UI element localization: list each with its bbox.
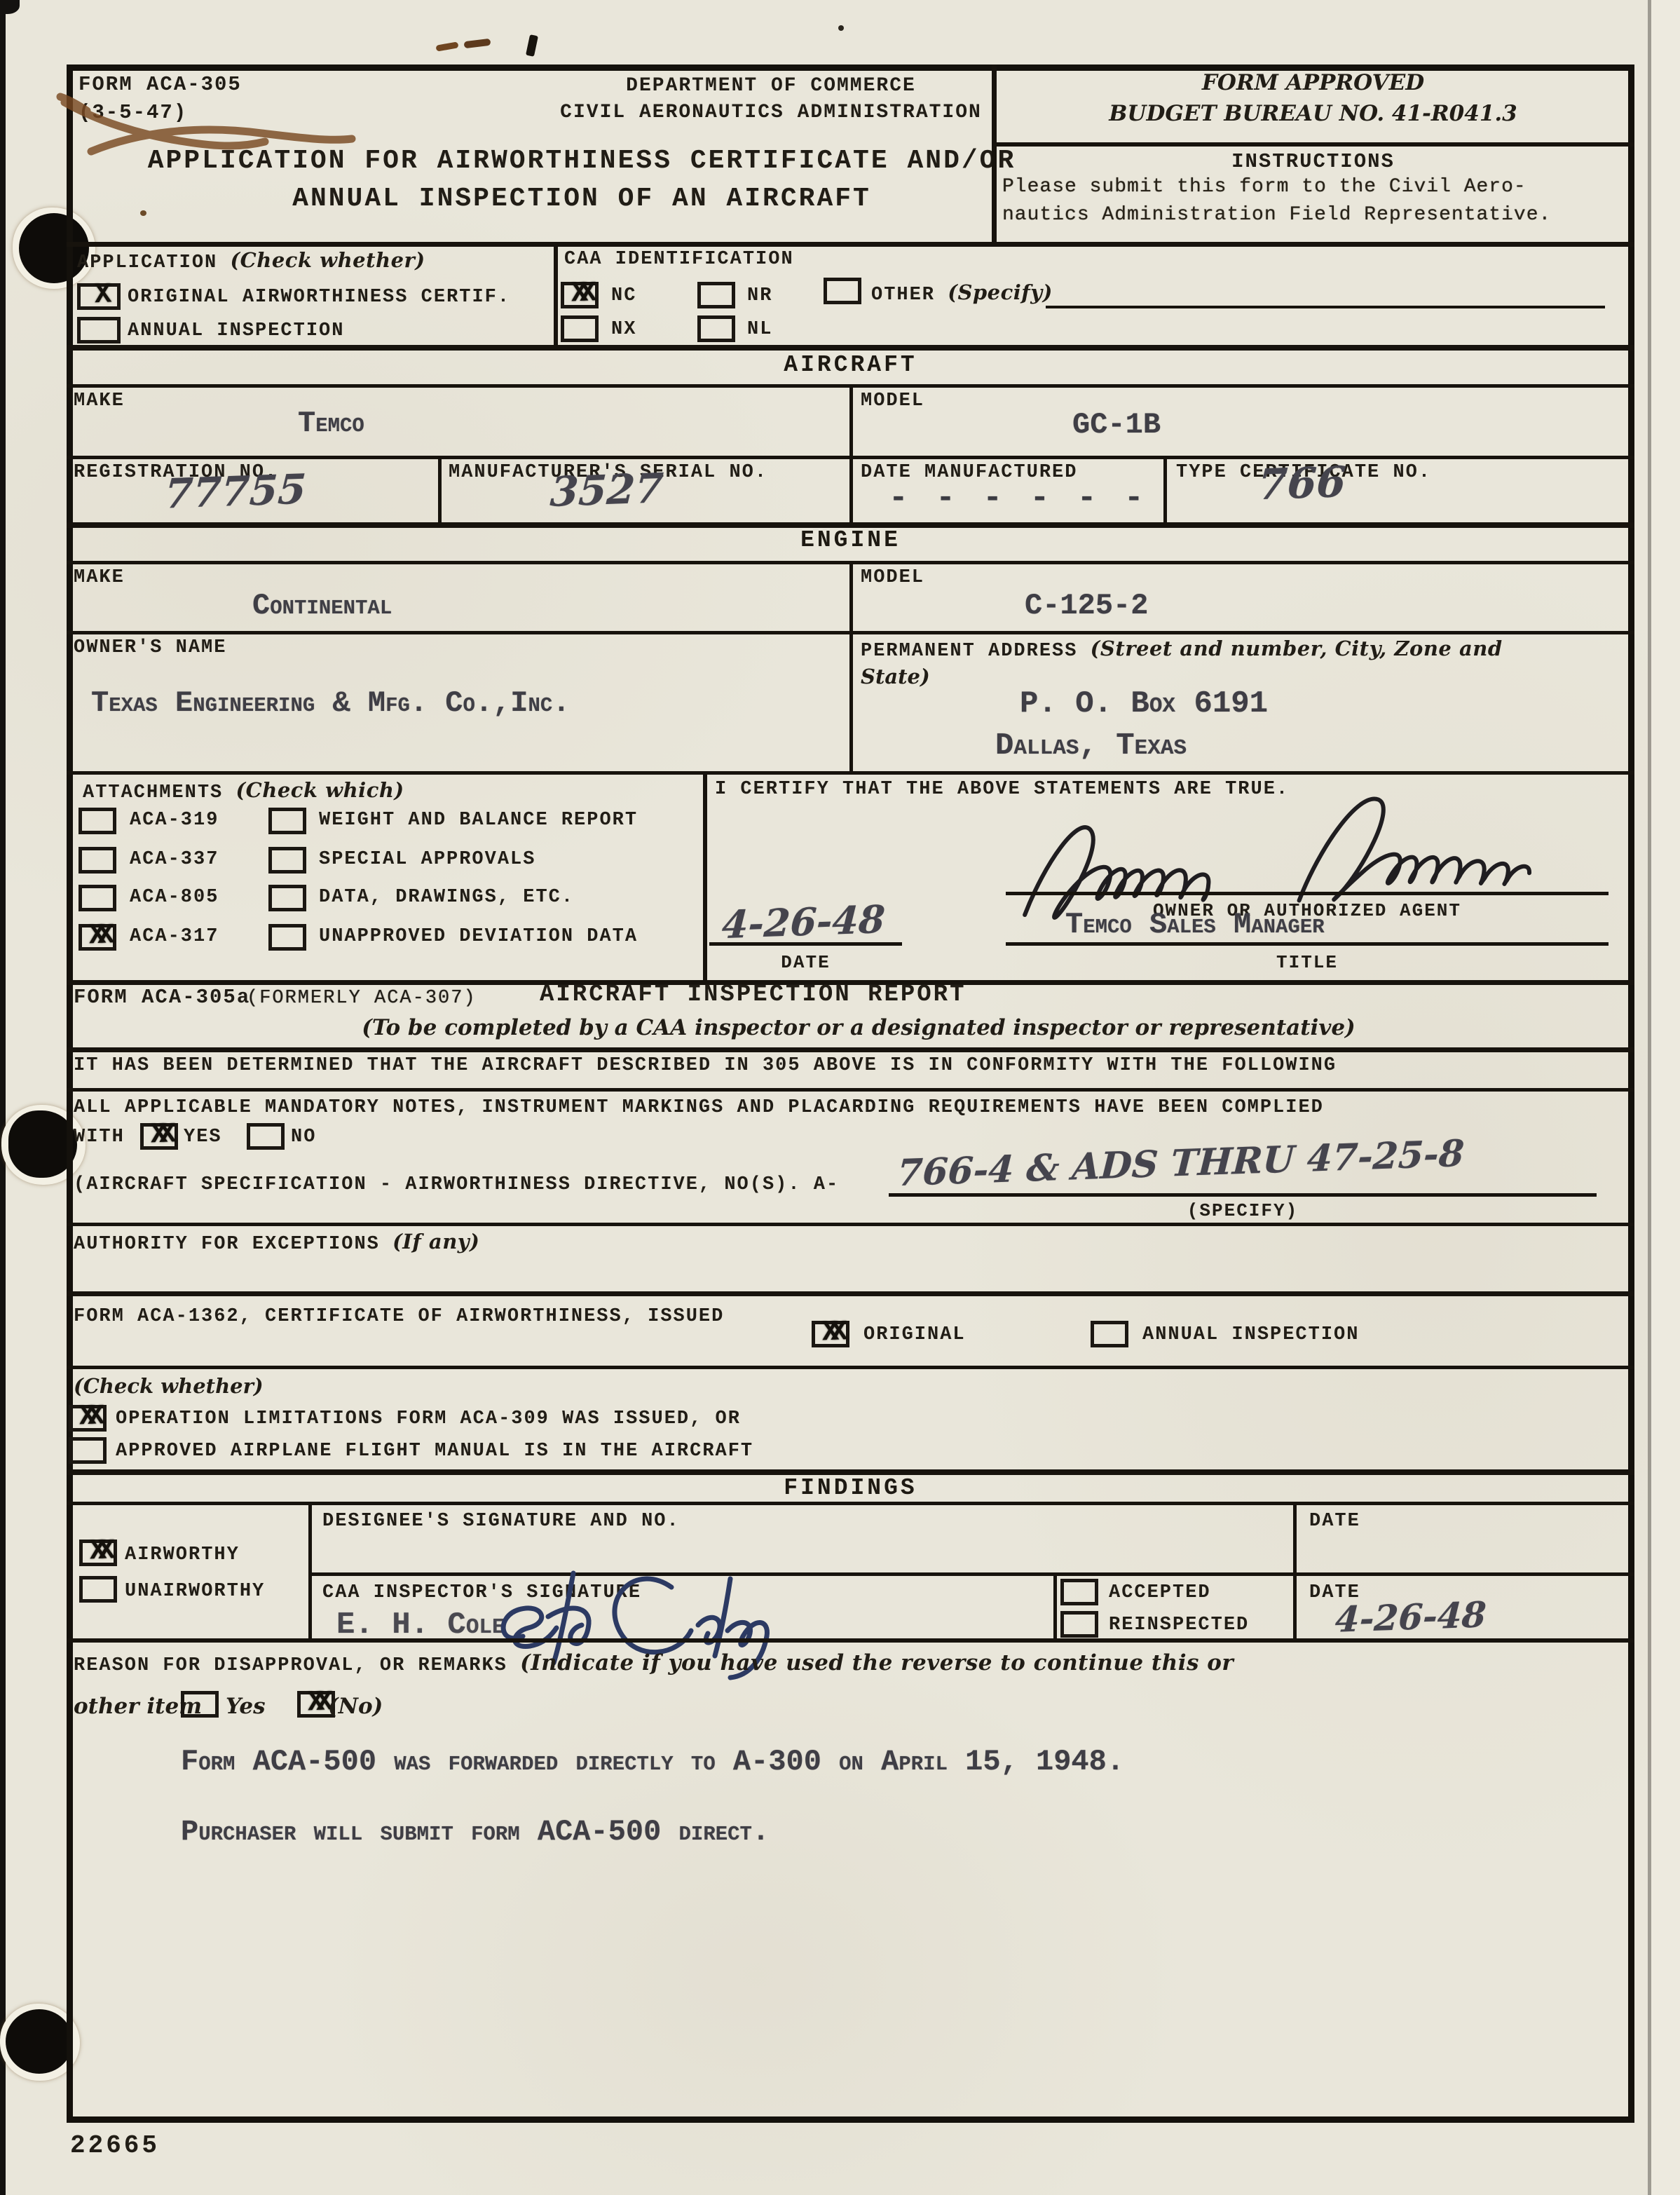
designee-signature-label: DESIGNEE'S SIGNATURE AND NO.	[322, 1511, 680, 1531]
engine-model-value[interactable]: C-125-2	[1025, 591, 1148, 620]
certification-date-value[interactable]: 4-26-48	[721, 900, 886, 944]
form-approved-line1: FORM APPROVED	[992, 70, 1634, 95]
divider	[67, 1088, 1634, 1092]
option-aca-805: ACA-805	[130, 888, 219, 907]
divider	[67, 1047, 1634, 1052]
checkbox-issued-original[interactable]: XX	[812, 1321, 849, 1347]
caa-identification-label: CAA IDENTIFICATION	[564, 250, 794, 269]
corner-blot	[0, 0, 20, 14]
checkbox-unapproved-deviation[interactable]	[268, 924, 306, 951]
divider	[1163, 456, 1167, 522]
scan-left-edge	[0, 0, 6, 2195]
checkbox-aca-317[interactable]: XX	[78, 924, 116, 951]
authority-italic: (If any)	[392, 1230, 479, 1253]
divider	[67, 345, 1634, 351]
aircraft-make-value[interactable]: Temco	[298, 409, 364, 438]
instructions-line1: Please submit this form to the Civil Aer…	[1002, 177, 1527, 197]
engine-model-label: MODEL	[861, 568, 924, 587]
date-manufactured-value[interactable]: - - - - - -	[889, 482, 1148, 515]
section-title-engine: ENGINE	[67, 527, 1634, 553]
engine-make-value[interactable]: Continental	[252, 591, 392, 620]
application-label-text: APPLICATION	[77, 252, 217, 273]
airworthy-label: AIRWORTHY	[125, 1545, 240, 1565]
permanent-address-text: PERMANENT ADDRESS	[861, 641, 1077, 662]
section-title-findings: FINDINGS	[67, 1475, 1634, 1501]
instructions-line2: nautics Administration Field Representat…	[1002, 205, 1551, 225]
unairworthy-label: UNAIRWORTHY	[125, 1582, 265, 1601]
specify-caption: (SPECIFY)	[889, 1202, 1597, 1221]
checkbox-nc[interactable]: XX	[561, 282, 599, 308]
authority-text: AUTHORITY FOR EXCEPTIONS	[74, 1234, 380, 1255]
scan-right-strip	[1651, 0, 1680, 2195]
checkbox-original-airworthiness[interactable]: X	[77, 283, 121, 310]
operation-limitations-label: OPERATION LIMITATIONS FORM ACA-309 WAS I…	[116, 1409, 741, 1429]
check-mark: XX	[814, 1317, 847, 1350]
checkbox-compliance-yes[interactable]: XX	[140, 1123, 178, 1150]
approved-box-divider	[992, 142, 1634, 147]
scanned-form-page: FORM ACA-305 (3-5-47) DEPARTMENT OF COMM…	[0, 0, 1680, 2195]
authority-exceptions-label: AUTHORITY FOR EXCEPTIONS (If any)	[74, 1231, 479, 1254]
checkbox-other[interactable]	[824, 278, 861, 304]
compliance-yes-label: YES	[184, 1127, 222, 1147]
checkbox-airworthy[interactable]: XX	[79, 1540, 117, 1566]
owner-signature-line[interactable]	[1006, 892, 1609, 895]
inspection-formerly: (FORMERLY ACA-307)	[247, 988, 477, 1008]
flight-manual-label: APPROVED AIRPLANE FLIGHT MANUAL IS IN TH…	[116, 1441, 753, 1461]
issued-original-label: ORIGINAL	[863, 1325, 966, 1345]
attachments-label: ATTACHMENTS (Check which)	[83, 780, 404, 803]
section-title-aircraft: AIRCRAFT	[67, 352, 1634, 378]
divider	[67, 1502, 1634, 1505]
divider	[67, 1223, 1634, 1226]
issued-annual-label: ANNUAL INSPECTION	[1142, 1325, 1359, 1345]
compliance-with-label: WITH	[74, 1127, 125, 1147]
option-weight-balance: WEIGHT AND BALANCE REPORT	[319, 810, 638, 830]
divider	[67, 1469, 1634, 1475]
punch-hole	[6, 2009, 73, 2074]
permanent-address-label: PERMANENT ADDRESS (Street and number, Ci…	[861, 638, 1503, 661]
inspection-title: AIRCRAFT INSPECTION REPORT	[540, 983, 967, 1008]
option-aca-337: ACA-337	[130, 850, 219, 869]
accepted-label: ACCEPTED	[1109, 1583, 1211, 1603]
permanent-address-italic2: State)	[861, 665, 930, 688]
aircraft-make-label: MAKE	[74, 391, 125, 411]
application-label: APPLICATION (Check whether)	[77, 250, 425, 273]
certification-title-line[interactable]	[1006, 942, 1609, 946]
inspection-form-number: FORM ACA-305a	[74, 987, 250, 1008]
spec-directive-label: (AIRCRAFT SPECIFICATION - AIRWORTHINESS …	[74, 1175, 839, 1195]
remarks-italic1: (Indicate if you have used the reverse t…	[520, 1650, 1234, 1676]
other-specify-underline[interactable]	[1046, 306, 1605, 308]
certification-date-caption: DATE	[709, 953, 902, 972]
designee-date-label: DATE	[1309, 1511, 1360, 1531]
certificate-issued-label: FORM ACA-1362, CERTIFICATE OF AIRWORTHIN…	[74, 1307, 724, 1326]
certification-title-caption: TITLE	[1006, 953, 1609, 972]
checkbox-data-drawings[interactable]	[268, 885, 306, 911]
spec-underline[interactable]	[889, 1193, 1597, 1197]
divider	[849, 384, 853, 456]
check-whether-label: (Check whether)	[74, 1374, 264, 1398]
address-line2[interactable]: Dallas, Texas	[995, 730, 1187, 761]
engine-make-label: MAKE	[74, 568, 125, 587]
attachments-text: ATTACHMENTS	[83, 782, 223, 803]
option-other-text: OTHER	[871, 285, 935, 306]
divider	[67, 771, 1634, 775]
aircraft-model-value[interactable]: GC-1B	[1072, 410, 1161, 440]
form-title-line2: ANNUAL INSPECTION OF AN AIRCRAFT	[116, 185, 1048, 213]
option-nr: NR	[747, 286, 772, 306]
check-mark: XX	[82, 1535, 114, 1568]
remarks-text: REASON FOR DISAPPROVAL, OR REMARKS	[74, 1655, 507, 1676]
inspector-typed-name[interactable]: E. H. Cole	[336, 1610, 505, 1640]
application-label-italic: (Check whether)	[230, 248, 425, 272]
divider	[849, 561, 853, 631]
remarks-line2[interactable]: Purchaser will submit form ACA-500 direc…	[181, 1817, 770, 1847]
instructions-title: INSTRUCTIONS	[992, 151, 1634, 172]
type-certificate-value[interactable]: 766	[1257, 461, 1346, 507]
check-mark: XX	[81, 920, 114, 953]
compliance-no-label: NO	[291, 1127, 316, 1147]
checkbox-nr[interactable]	[697, 282, 735, 308]
divider	[67, 1638, 1634, 1643]
reverse-no-label: (No)	[328, 1694, 383, 1719]
registration-value[interactable]: 77755	[164, 468, 308, 514]
checkbox-nx[interactable]	[561, 315, 599, 342]
ink-smudge	[464, 39, 491, 49]
option-other-italic: (Specify)	[948, 280, 1053, 304]
remarks-label: REASON FOR DISAPPROVAL, OR REMARKS (Indi…	[74, 1652, 1234, 1676]
divider	[1293, 1502, 1297, 1638]
checkbox-aca-337[interactable]	[78, 847, 116, 874]
serial-value[interactable]: 3527	[549, 468, 664, 512]
remarks-line1[interactable]: Form ACA-500 was forwarded directly to A…	[181, 1747, 1124, 1776]
aircraft-model-label: MODEL	[861, 391, 924, 411]
checkbox-compliance-no[interactable]	[247, 1123, 285, 1150]
option-aca-317: ACA-317	[130, 927, 219, 946]
ink-dot	[838, 25, 844, 31]
permanent-address-italic1: (Street and number, City, Zone and	[1091, 637, 1503, 660]
certification-date-line[interactable]	[709, 942, 902, 946]
divider	[308, 1502, 312, 1638]
checkbox-flight-manual[interactable]	[69, 1437, 107, 1464]
ink-tick	[526, 34, 538, 57]
owner-name-label: OWNER'S NAME	[74, 638, 226, 658]
divider	[849, 456, 853, 522]
option-data-drawings: DATA, DRAWINGS, ETC.	[319, 888, 574, 907]
owner-name-value[interactable]: Texas Engineering & Mfg. Co.,Inc.	[91, 688, 571, 718]
certification-title-value[interactable]: Temco Sales Manager	[1065, 910, 1325, 939]
reverse-yes-label: Yes	[226, 1694, 266, 1719]
pen-scribble	[55, 90, 363, 174]
check-mark: XX	[300, 1687, 332, 1720]
findings-date-value[interactable]: 4-26-48	[1334, 1597, 1487, 1638]
option-aca-319: ACA-319	[130, 810, 219, 830]
checkbox-issued-annual[interactable]	[1091, 1321, 1128, 1347]
divider	[849, 631, 853, 771]
divider	[67, 1366, 1634, 1369]
divider	[438, 456, 442, 522]
checkbox-aca-319[interactable]	[78, 808, 116, 834]
compliance-statement: ALL APPLICABLE MANDATORY NOTES, INSTRUME…	[74, 1098, 1324, 1117]
header-divider	[992, 64, 997, 242]
check-mark: X	[80, 279, 118, 312]
option-annual-inspection: ANNUAL INSPECTION	[128, 321, 344, 341]
form-approved-line2: BUDGET BUREAU NO. 41-R041.3	[992, 101, 1634, 126]
checkbox-weight-balance[interactable]	[268, 808, 306, 834]
reinspected-label: REINSPECTED	[1109, 1615, 1249, 1635]
divider	[67, 242, 1634, 247]
option-nl: NL	[747, 320, 772, 339]
checkbox-reverse-yes[interactable]	[181, 1691, 219, 1718]
check-mark: XX	[71, 1401, 104, 1434]
divider	[67, 1291, 1634, 1296]
checkbox-special-approvals[interactable]	[268, 847, 306, 874]
option-nc: NC	[611, 286, 636, 306]
inspection-subtitle: (To be completed by a CAA inspector or a…	[210, 1015, 1507, 1040]
attachments-italic: (Check which)	[235, 778, 404, 802]
divider	[554, 242, 558, 345]
checkbox-accepted[interactable]	[1060, 1579, 1098, 1605]
determination-statement: IT HAS BEEN DETERMINED THAT THE AIRCRAFT…	[74, 1056, 1337, 1075]
ink-smudge	[435, 41, 458, 51]
checkbox-operation-limitations[interactable]: XX	[69, 1405, 107, 1432]
divider	[1053, 1572, 1057, 1638]
address-line1[interactable]: P. O. Box 6191	[1020, 688, 1268, 719]
serial-stamp: 22665	[70, 2133, 160, 2159]
option-nx: NX	[611, 320, 636, 339]
checkbox-annual-inspection[interactable]	[77, 317, 121, 344]
check-mark: XX	[143, 1119, 175, 1152]
checkbox-reinspected[interactable]	[1060, 1611, 1098, 1638]
checkbox-nl[interactable]	[697, 315, 735, 342]
option-unapproved-deviation: UNAPPROVED DEVIATION DATA	[319, 927, 638, 946]
check-mark: XX	[564, 278, 596, 311]
option-special-approvals: SPECIAL APPROVALS	[319, 850, 535, 869]
divider	[703, 771, 707, 980]
option-other: OTHER (Specify)	[871, 282, 1053, 305]
option-original-airworthiness: ORIGINAL AIRWORTHINESS CERTIF.	[128, 287, 510, 307]
checkbox-unairworthy[interactable]	[79, 1576, 117, 1603]
checkbox-aca-805[interactable]	[78, 885, 116, 911]
